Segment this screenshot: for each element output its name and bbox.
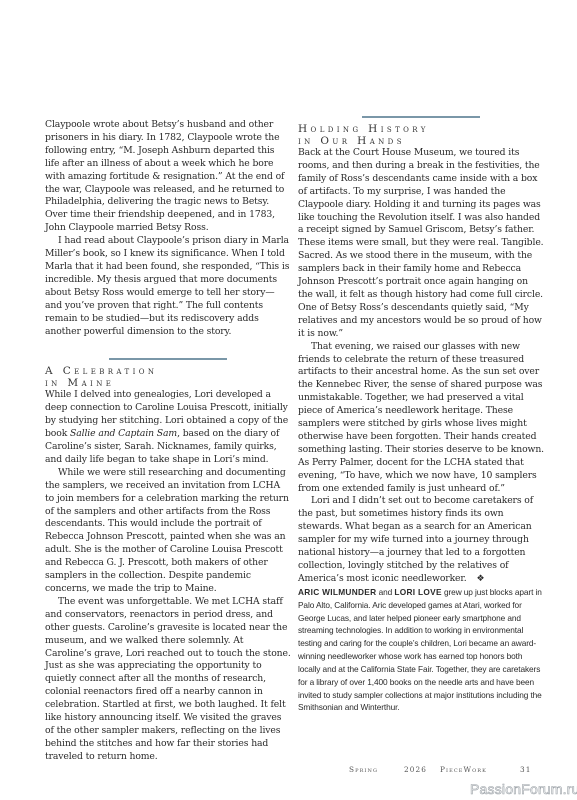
author-name-2: LORI LOVE [394, 587, 441, 597]
footer-magazine: PieceWork [440, 765, 487, 774]
bio-text: grew up just blocks apart in Palo Alto, … [298, 587, 542, 713]
heading-line-2: in Maine [45, 377, 291, 389]
heading-rule [362, 116, 480, 118]
section-heading-holding-history: Holding History in Our Hands [298, 116, 544, 147]
body-paragraph: While we were still researching and docu… [45, 467, 291, 596]
book-title: Sallie and Captain Sam [70, 428, 177, 439]
body-paragraph: I had read about Claypoole’s prison diar… [45, 235, 291, 338]
right-column: Holding History in Our Hands Back at the… [298, 116, 544, 714]
magazine-page: Claypoole wrote about Betsy’s husband an… [0, 0, 577, 800]
author-bio: ARIC WILMUNDER and LORI LOVE grew up jus… [298, 586, 544, 714]
body-paragraph: The event was unforgettable. We met LCHA… [45, 596, 291, 764]
heading-rule [109, 358, 227, 360]
bio-text: and [376, 587, 394, 597]
heading-line-2: in Our Hands [298, 135, 544, 147]
body-paragraph: That evening, we raised our glasses with… [298, 341, 544, 496]
left-column: Claypoole wrote about Betsy’s husband an… [45, 119, 291, 764]
heading-line-1: Holding History [298, 123, 544, 135]
heading-line-1: A Celebration [45, 365, 291, 377]
watermark: PassionForum.ru [470, 781, 577, 797]
author-name-1: ARIC WILMUNDER [298, 587, 376, 597]
body-paragraph: While I delved into genealogies, Lori de… [45, 389, 291, 466]
page-number: 31 [520, 765, 532, 774]
paragraph-text: Lori and I didn’t set out to become care… [298, 495, 533, 583]
body-paragraph: Lori and I didn’t set out to become care… [298, 495, 544, 585]
end-ornament-icon: ❖ [477, 574, 485, 584]
body-paragraph: Back at the Court House Museum, we toure… [298, 147, 544, 341]
footer-year: 2026 [404, 765, 427, 774]
page-footer: Spring 2026 PieceWork 31 [0, 765, 577, 779]
footer-season: Spring [349, 765, 378, 774]
section-heading-celebration: A Celebration in Maine [45, 358, 291, 389]
body-paragraph: Claypoole wrote about Betsy’s husband an… [45, 119, 291, 235]
